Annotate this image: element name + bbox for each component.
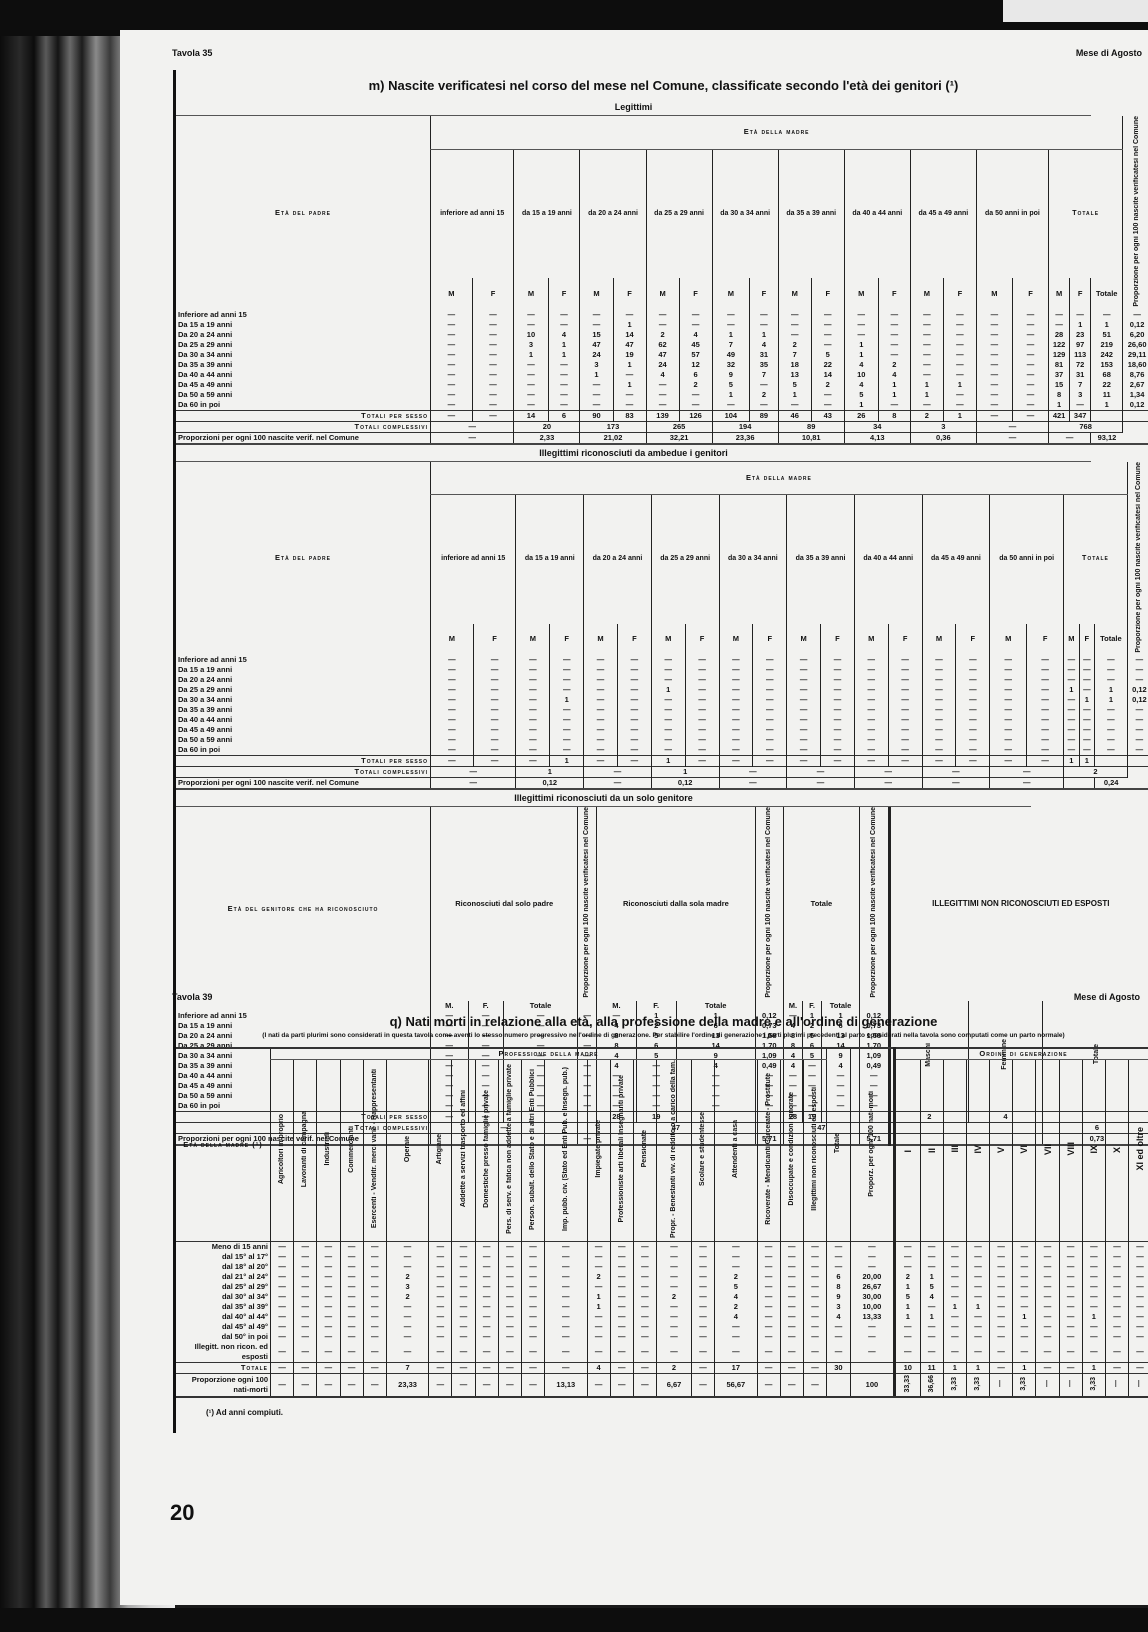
cell-value: 2 xyxy=(778,340,811,350)
cell-value: — xyxy=(452,1242,475,1253)
cell-value: — xyxy=(651,675,685,685)
total-by-sex: 1 xyxy=(1064,756,1079,767)
cell-value: — xyxy=(943,1252,966,1262)
cell-value: — xyxy=(910,310,943,320)
cell-value: — xyxy=(521,1342,544,1363)
cell-value: — xyxy=(1105,1322,1128,1332)
cell-value: — xyxy=(271,1342,294,1363)
total-value: 17 xyxy=(715,1363,757,1374)
cell-value: — xyxy=(633,1302,656,1312)
proportion-value: 0,12 xyxy=(651,778,719,790)
cell-value: — xyxy=(943,340,976,350)
cell-value: 45 xyxy=(679,340,712,350)
sex-m: M xyxy=(1064,624,1079,656)
cell-value: — xyxy=(922,735,956,745)
proportion-value: — xyxy=(719,778,787,790)
profession-col: Propr. - Benestanti viv. di reddito o a … xyxy=(657,1060,692,1242)
cell-value: — xyxy=(1027,675,1064,685)
scan-bottom-edge xyxy=(0,1608,1148,1632)
cell-value: 1 xyxy=(712,390,750,400)
profession-col: Imp. pubb. civ. (Stato ed Enti Pub. e In… xyxy=(545,1060,587,1242)
row-label: Da 60 in poi xyxy=(176,745,431,756)
cell-value: — xyxy=(780,1342,803,1363)
cell-value: — xyxy=(340,1342,363,1363)
cell-value: — xyxy=(1129,1252,1148,1262)
cell-value: — xyxy=(271,1262,294,1272)
cell-value: 1 xyxy=(1091,400,1123,411)
cell-value: 6 xyxy=(679,370,712,380)
cell-value: — xyxy=(610,1342,633,1363)
cell-value: — xyxy=(878,320,910,330)
table-row: Da 30 a 34 anni——11241947574931751—————1… xyxy=(176,350,1148,360)
cell-value: — xyxy=(679,400,712,411)
cell-value: — xyxy=(1129,1292,1148,1302)
cell-value: 15 xyxy=(580,330,613,340)
proportion-value: — xyxy=(340,1374,363,1397)
proportion-value: 3,33 xyxy=(1013,1374,1036,1397)
table-row: dal 15° al 17°——————————————————————————… xyxy=(176,1252,1148,1262)
sex-f: F xyxy=(1079,624,1094,656)
proportion-value: 23,36 xyxy=(712,432,778,444)
cell-value: — xyxy=(821,705,855,715)
cell-value: — xyxy=(895,1262,921,1272)
cell-value: 4 xyxy=(646,370,679,380)
cell-value: — xyxy=(472,370,514,380)
cell-value: 5 xyxy=(712,380,750,390)
cell-value: — xyxy=(386,1302,428,1312)
cell-value: — xyxy=(1105,1242,1128,1253)
cell-value: 1 xyxy=(878,380,910,390)
cell-value: 1 xyxy=(1091,320,1123,330)
cell-value: — xyxy=(1027,725,1064,735)
cell-value: — xyxy=(1070,400,1091,411)
cell-value: — xyxy=(757,1332,780,1342)
cell-value: — xyxy=(715,1342,757,1363)
profession-label: Domestiche presso famiglie private xyxy=(483,1090,491,1208)
cell-value: 47 xyxy=(580,340,613,350)
cell-value: — xyxy=(657,1312,692,1322)
cell-value: 242 xyxy=(1091,350,1123,360)
cell-value: 1 xyxy=(966,1302,989,1312)
cell-value: — xyxy=(633,1292,656,1302)
total-by-sex: — xyxy=(584,756,618,767)
mother-age-group: da 50 anni in poi xyxy=(976,149,1048,278)
row-label: Inferiore ad anni 15 xyxy=(176,310,431,320)
cell-value: — xyxy=(516,745,550,756)
cell-value: 4 xyxy=(715,1292,757,1302)
proportion-header: Proporzione per ogni 100 nascite verific… xyxy=(755,807,783,1001)
cell-value: — xyxy=(1059,1262,1082,1272)
cell-value: — xyxy=(691,1242,714,1253)
sex-m: M xyxy=(646,278,679,310)
cell-value: — xyxy=(271,1292,294,1302)
cell-value: — xyxy=(753,695,787,705)
cell-value: — xyxy=(386,1342,428,1363)
profession-label: Scolare e studentesse xyxy=(699,1112,707,1186)
cell-value: 1 xyxy=(920,1272,943,1282)
sex-f: F xyxy=(811,278,844,310)
cell-value: — xyxy=(657,1262,692,1272)
cell-value: — xyxy=(317,1242,340,1253)
cell-value: — xyxy=(910,370,943,380)
total-by-sex: — xyxy=(1012,410,1048,421)
cell-value: — xyxy=(340,1322,363,1332)
cell-value: — xyxy=(1027,715,1064,725)
total-overall: 3 xyxy=(910,421,976,432)
cell-value: — xyxy=(878,340,910,350)
cell-value: — xyxy=(943,1282,966,1292)
cell-value: — xyxy=(617,665,651,675)
proportion-value: — xyxy=(452,1374,475,1397)
cell-value: 1 xyxy=(651,685,685,695)
proportion-value: 23,33 xyxy=(386,1374,428,1397)
cell-value: 22 xyxy=(1091,380,1123,390)
cell-value: — xyxy=(1013,1322,1036,1332)
group-header: Totale xyxy=(783,807,859,1001)
cell-value: — xyxy=(1082,1292,1105,1302)
page-number: 20 xyxy=(170,1500,194,1526)
cell-value: — xyxy=(1127,735,1148,745)
cell-value: — xyxy=(516,665,550,675)
sex-m: M xyxy=(778,278,811,310)
profession-col: Professioniste arti liberali Insegnanti … xyxy=(610,1060,633,1242)
cell-value: — xyxy=(757,1242,780,1253)
total-value: 2 xyxy=(657,1363,692,1374)
cell-value: — xyxy=(617,735,651,745)
profession-label: Lavoranti di campagna xyxy=(301,1111,309,1187)
cell-value: — xyxy=(943,360,976,370)
cell-value: — xyxy=(757,1252,780,1262)
cell-value: — xyxy=(691,1262,714,1272)
total-value: 7 xyxy=(386,1363,428,1374)
cell-value: — xyxy=(452,1342,475,1363)
cell-value: — xyxy=(753,735,787,745)
cell-value: — xyxy=(719,715,753,725)
total-value: — xyxy=(610,1363,633,1374)
cell-value: — xyxy=(878,350,910,360)
order-col: I xyxy=(895,1060,921,1242)
sex-m: M xyxy=(431,624,474,656)
total-overall: — xyxy=(922,767,990,778)
cell-value: — xyxy=(294,1342,317,1363)
cell-value: 72 xyxy=(1070,360,1091,370)
blank xyxy=(1123,410,1148,421)
cell-value: — xyxy=(633,1252,656,1262)
cell-value: — xyxy=(679,320,712,330)
cell-value: — xyxy=(1036,1292,1059,1302)
cell-value: — xyxy=(431,310,473,320)
cell-value: — xyxy=(473,715,516,725)
father-age-header: Età del padre xyxy=(176,462,431,656)
row-label: dal 40° al 44° xyxy=(176,1312,271,1322)
cell-value: 0,12 xyxy=(1127,685,1148,695)
cell-value: — xyxy=(1036,1262,1059,1272)
table-row: Da 25 a 29 anni——3147476245742—1—————122… xyxy=(176,340,1148,350)
cell-value: — xyxy=(584,735,618,745)
cell-value: — xyxy=(1123,310,1148,320)
cell-value: — xyxy=(719,665,753,675)
cell-value: — xyxy=(750,380,779,390)
cell-value: — xyxy=(976,320,1012,330)
cell-value: — xyxy=(1079,685,1094,695)
cell-value: — xyxy=(584,695,618,705)
proportion-value-text: — xyxy=(1067,1380,1075,1387)
cell-value: 24 xyxy=(580,350,613,360)
total-value: 10 xyxy=(895,1363,921,1374)
row-label: Da 40 a 44 anni xyxy=(176,370,431,380)
cell-value: — xyxy=(956,655,990,665)
profession-col: Esercenti - Venditr. merci varie - Rappr… xyxy=(363,1060,386,1242)
proportion-value: 3,33 xyxy=(966,1374,989,1397)
cell-value: 1 xyxy=(1049,400,1070,411)
cell-value: — xyxy=(943,350,976,360)
cell-value: — xyxy=(1059,1292,1082,1302)
total-by-sex: — xyxy=(685,756,719,767)
proportion-label: Proporzione ogni 100 nati-morti xyxy=(176,1374,271,1397)
total-by-sex: 14 xyxy=(514,410,548,421)
profession-label: Pers. di serv. e fatica non addette a fa… xyxy=(506,1064,514,1234)
non-recognized-header: ILLEGITTIMI NON RICONOSCIUTI ED ESPOSTI xyxy=(889,807,1148,1001)
cell-value: — xyxy=(1070,310,1091,320)
cell-value: 7 xyxy=(1070,380,1091,390)
proportion-value-text: 3,33 xyxy=(974,1377,982,1391)
total-value: — xyxy=(521,1363,544,1374)
cell-value: — xyxy=(1105,1302,1128,1312)
cell-value: — xyxy=(580,320,613,330)
cell-value: — xyxy=(431,380,473,390)
proportion-value-text: 3,33 xyxy=(1020,1377,1028,1391)
cell-value: — xyxy=(1127,725,1148,735)
cell-value: — xyxy=(854,745,888,756)
profession-col: Ricoverate - Mendicanti Carcerate - Pros… xyxy=(757,1060,780,1242)
cell-value: — xyxy=(956,675,990,685)
cell-value: — xyxy=(1091,310,1123,320)
cell-value: — xyxy=(920,1322,943,1332)
cell-value: — xyxy=(317,1342,340,1363)
cell-value: — xyxy=(294,1262,317,1272)
cell-value: — xyxy=(803,1322,826,1332)
cell-value: — xyxy=(850,1262,894,1272)
total-by-sex: — xyxy=(956,756,990,767)
cell-value: — xyxy=(431,695,474,705)
totals-by-sex-label: Totali per sesso xyxy=(176,410,431,421)
cell-value: — xyxy=(498,1342,521,1363)
row-label: dal 30° al 34° xyxy=(176,1292,271,1302)
cell-value: — xyxy=(1012,380,1048,390)
proportion-value: 32,21 xyxy=(646,432,712,444)
cell-value: — xyxy=(431,340,473,350)
sex-m: M xyxy=(584,624,618,656)
cell-value: — xyxy=(976,330,1012,340)
cell-value: — xyxy=(1036,1312,1059,1322)
table-row: Da 45 a 49 anni—————————————————————— xyxy=(176,725,1148,735)
scan-top-right-paper xyxy=(1003,0,1148,22)
cell-value: — xyxy=(844,320,878,330)
cell-value: — xyxy=(514,390,548,400)
cell-value: 2 xyxy=(715,1272,757,1282)
cell-value: — xyxy=(787,655,821,665)
cell-value: — xyxy=(516,705,550,715)
cell-value: — xyxy=(811,340,844,350)
cell-value: — xyxy=(1127,705,1148,715)
blank xyxy=(1091,410,1123,421)
profession-col: Totale xyxy=(827,1048,851,1242)
cell-value: 1 xyxy=(844,340,878,350)
cell-value: — xyxy=(878,400,910,411)
cell-value: — xyxy=(920,1262,943,1272)
cell-value: — xyxy=(1095,705,1128,715)
profession-col: Commercianti xyxy=(340,1060,363,1242)
cell-value: — xyxy=(1027,685,1064,695)
totals-overall-label: Totali complessivi xyxy=(176,421,431,432)
cell-value: — xyxy=(580,310,613,320)
cell-value: — xyxy=(431,705,474,715)
cell-value: — xyxy=(910,320,943,330)
table-m: m) Nascite verificatesi nel corso del me… xyxy=(173,70,1148,1146)
cell-value: — xyxy=(521,1272,544,1282)
cell-value: — xyxy=(990,1272,1013,1282)
cell-value: — xyxy=(854,735,888,745)
table-row: dal 40° al 44°—————————————————4———413,3… xyxy=(176,1312,1148,1322)
profession-col: Illegittimi non riconosciuti ed esposti xyxy=(803,1060,826,1242)
proportion-header-text: Proporzione per ogni 100 nascite verific… xyxy=(1135,462,1143,653)
profession-header: Professione della madre xyxy=(271,1048,827,1060)
cell-value: — xyxy=(340,1302,363,1312)
row-label: Da 30 a 34 anni xyxy=(176,350,431,360)
cell-value: — xyxy=(922,655,956,665)
table-row: Da 60 in poi————————————1—————1—10,12 xyxy=(176,400,1148,411)
table-row: dal 25° al 29°—————3———————————5———826,6… xyxy=(176,1282,1148,1292)
cell-value: — xyxy=(429,1242,452,1253)
cell-value: — xyxy=(587,1312,610,1322)
cell-value: — xyxy=(780,1282,803,1292)
cell-value: 14 xyxy=(811,370,844,380)
cell-value: — xyxy=(429,1252,452,1262)
cell-value: — xyxy=(956,695,990,705)
cell-value: — xyxy=(719,705,753,715)
cell-value: 18,60 xyxy=(1123,360,1148,370)
table-row: dal 21° al 24°—————2——————2————2———620,0… xyxy=(176,1272,1148,1282)
cell-value: — xyxy=(498,1272,521,1282)
table-q-subtitle: (I nati da parti plurimi sono considerat… xyxy=(176,1032,1148,1047)
total-by-sex: — xyxy=(854,756,888,767)
cell-value: — xyxy=(550,735,584,745)
cell-value: — xyxy=(753,655,787,665)
cell-value: — xyxy=(1127,715,1148,725)
mother-age-group: da 20 a 24 anni xyxy=(584,495,652,624)
cell-value: — xyxy=(521,1282,544,1292)
cell-value: — xyxy=(587,1262,610,1272)
order-label: II xyxy=(928,1148,936,1153)
cell-value: — xyxy=(1129,1302,1148,1312)
cell-value: — xyxy=(854,675,888,685)
cell-value: — xyxy=(1064,655,1079,665)
cell-value: — xyxy=(617,725,651,735)
cell-value: — xyxy=(271,1302,294,1312)
recognizing-parent-age-header: Età del genitore che ha riconosciuto xyxy=(176,807,431,1011)
cell-value: 1 xyxy=(895,1282,921,1292)
profession-col: Impiegate private xyxy=(587,1060,610,1242)
cell-value: — xyxy=(780,1272,803,1282)
cell-value: — xyxy=(1127,655,1148,665)
cell-value: — xyxy=(473,685,516,695)
cell-value: — xyxy=(1105,1252,1128,1262)
cell-value: — xyxy=(431,725,474,735)
cell-value: — xyxy=(1013,1292,1036,1302)
sex-f: F xyxy=(943,278,976,310)
cell-value: — xyxy=(550,685,584,695)
cell-value: — xyxy=(431,360,473,370)
proportion-value: 3,33 xyxy=(943,1374,966,1397)
sex-f: F xyxy=(472,278,514,310)
sex-f: F xyxy=(679,278,712,310)
cell-value: — xyxy=(475,1282,498,1292)
cell-value: — xyxy=(429,1292,452,1302)
cell-value: — xyxy=(990,665,1027,675)
cell-value: — xyxy=(753,685,787,695)
cell-value: — xyxy=(827,1332,851,1342)
cell-value: — xyxy=(1105,1262,1128,1272)
cell-value: — xyxy=(473,655,516,665)
cell-value: 81 xyxy=(1049,360,1070,370)
proportion-value: 56,67 xyxy=(715,1374,757,1397)
order-col: III xyxy=(943,1060,966,1242)
cell-value: — xyxy=(691,1322,714,1332)
table-row: Da 35 a 39 anni————3124123235182242————8… xyxy=(176,360,1148,370)
cell-value: 1 xyxy=(587,1302,610,1312)
cell-value: — xyxy=(1012,320,1048,330)
group-header-text: Proporzione per ogni 100 nascite verific… xyxy=(765,807,773,998)
cell-value: 4 xyxy=(548,330,580,340)
proportion-value: 33,33 xyxy=(895,1374,921,1397)
cell-value: 10 xyxy=(514,330,548,340)
cell-value: — xyxy=(617,685,651,695)
cell-value: — xyxy=(854,695,888,705)
cell-value: — xyxy=(363,1292,386,1302)
sex-f: F xyxy=(1070,278,1091,310)
cell-value: 26,67 xyxy=(850,1282,894,1292)
cell-value: 2 xyxy=(679,380,712,390)
cell-value: — xyxy=(431,320,473,330)
cell-value: — xyxy=(821,655,855,665)
cell-value: — xyxy=(386,1262,428,1272)
cell-value: — xyxy=(587,1322,610,1332)
order-col: VII xyxy=(1036,1060,1059,1242)
proportion-value: 4,13 xyxy=(844,432,910,444)
cell-value: — xyxy=(888,655,922,665)
cell-value: — xyxy=(715,1252,757,1262)
cell-value: 31 xyxy=(750,350,779,360)
cell-value: — xyxy=(753,715,787,725)
profession-col: Attendenti a casa xyxy=(715,1060,757,1242)
cell-value: — xyxy=(679,390,712,400)
proportion-value: — xyxy=(633,1374,656,1397)
cell-value: — xyxy=(850,1332,894,1342)
profession-col: Person. subalt. dello Stato e di altri E… xyxy=(521,1060,544,1242)
cell-value: 1 xyxy=(548,340,580,350)
cell-value: — xyxy=(850,1342,894,1363)
profession-col: Agricoltori in proprio xyxy=(271,1060,294,1242)
cell-value: — xyxy=(633,1282,656,1292)
cell-value: — xyxy=(317,1272,340,1282)
proportion-value: — xyxy=(587,1374,610,1397)
cell-value: — xyxy=(584,705,618,715)
cell-value: — xyxy=(1049,320,1070,330)
mother-age-group: da 40 a 44 anni xyxy=(844,149,910,278)
row-label: Da 15 a 19 anni xyxy=(176,320,431,330)
cell-value: — xyxy=(685,705,719,715)
sex-m: M xyxy=(922,624,956,656)
